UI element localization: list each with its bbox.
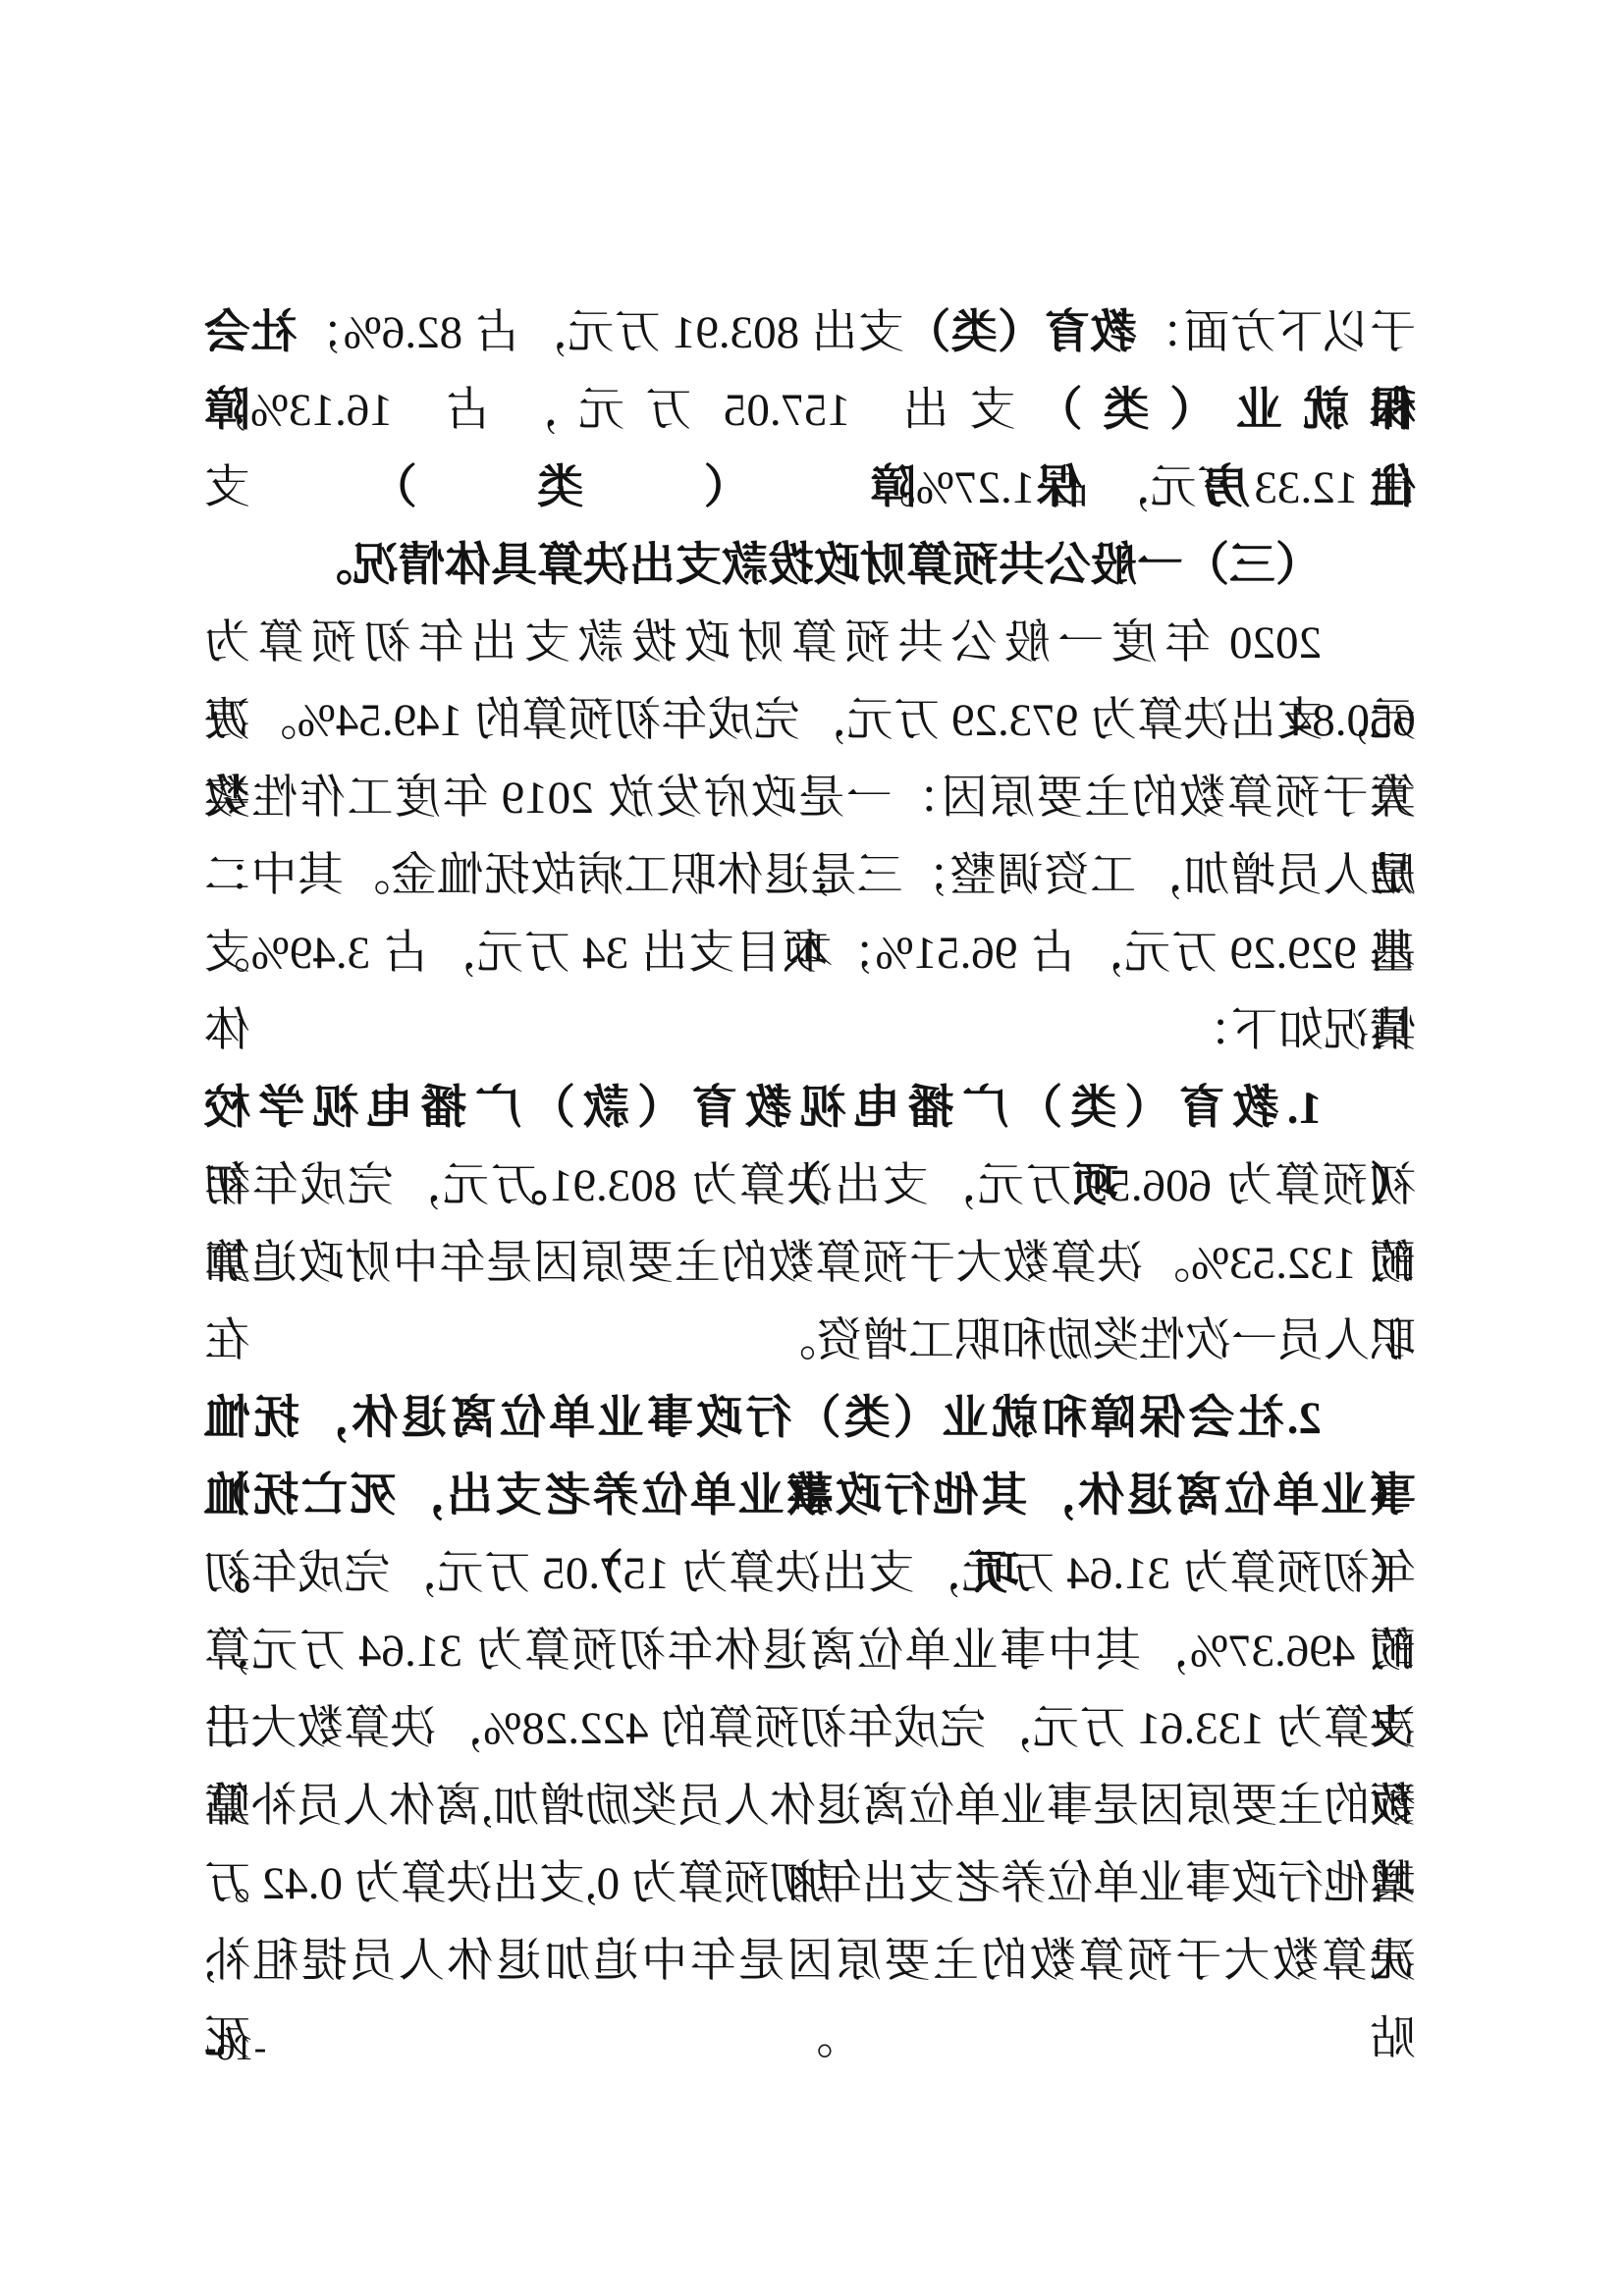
text-run: 教育（类） xyxy=(904,307,1137,358)
text-run: 和就业（类） xyxy=(1016,385,1416,436)
text-line: 决算数大于预算数的主要原因是年中追加退休人员提租补贴。死 xyxy=(204,1923,1416,2001)
text-run: 情况如下： xyxy=(1185,1005,1416,1056)
text-line: 于以下方面：教育（类）支出 803.91 万元，占 82.6%；社会保障 xyxy=(204,294,1416,372)
screenshot-viewport: 于以下方面：教育（类）支出 803.91 万元，占 82.6%；社会保障和就业（… xyxy=(0,0,1624,2296)
document-page: 于以下方面：教育（类）支出 803.91 万元，占 82.6%；社会保障和就业（… xyxy=(0,0,1624,2296)
text-line: 出 929.29 万元，占 96.51%；项目支出 34 万元，占 3.49%。… xyxy=(204,915,1416,992)
text-run: 支出 803.91 万元，占 82.6%； xyxy=(298,307,904,358)
text-line: 初预算为 606.59 万元，支出决算为 803.91 万元，完成年初预算 xyxy=(204,1148,1416,1225)
text-line: 2020 年度一般公共预算财政拨款支出年初预算为 650.84 万 xyxy=(204,605,1416,682)
page-number: -16- xyxy=(204,2024,266,2071)
text-line: 和就业（类）支出 157.05 万元，占 16.13%；住房保障（类）支 xyxy=(204,372,1416,450)
text-line: 数的主要原因是事业单位离退休人员奖励增加,离休人员补贴增加。 xyxy=(204,1768,1416,1845)
text-run: （三）一般公共预算财政拨款支出决算具体情况。 xyxy=(306,540,1322,591)
text-line: 的 496.37%，其中事业单位离退休年初预算为 31.64 万元，支出 xyxy=(204,1613,1416,1690)
text-line: （三）一般公共预算财政拨款支出决算具体情况。 xyxy=(204,527,1416,605)
text-line: 大于预算数的主要原因：一是政府发放 2019 年度工作性奖励；二 xyxy=(204,760,1416,837)
text-line: 元，支出决算为 973.29 万元，完成年初预算的 149.54%。决算数 xyxy=(204,682,1416,760)
text-line: 2.社会保障和就业（类）行政事业单位离退休，抚恤（款） xyxy=(204,1380,1416,1458)
text-line: 的 132.53%。决算数大于预算数的主要原因是年中财政追加了在 xyxy=(204,1225,1416,1303)
text-line: 事业单位离退休，其他行政事业单位养老支出，死亡抚恤（项）。 xyxy=(204,1458,1416,1535)
text-line: 决算为 133.61 万元，完成年初预算的 422.28%，决算数大于预算 xyxy=(204,1690,1416,1768)
text-run: 职人员一次性奖励和职工增资。 xyxy=(770,1315,1416,1366)
text-line: 年初预算为 31.64 万元，支出决算为 157.05 万元，完成年初预算 xyxy=(204,1535,1416,1613)
text-run: 决算数大于预算数的主要原因是年中追加退休人员提租补贴。死 xyxy=(204,1936,1416,2064)
text-run: 支 xyxy=(204,462,250,513)
text-line: 1.教育（类）广播电视教育（款）广播电视学校（项）。年 xyxy=(204,1070,1416,1148)
text-line: 是人员增加，工资调整；三是退休职工病故抚恤金。其中：基本支 xyxy=(204,837,1416,915)
text-run: 支出 157.05 万元，占 16.13%； xyxy=(204,385,1016,436)
text-run: 于以下方面： xyxy=(1137,307,1416,358)
text-run: 出 12.33 万元， 占 1.27%。 xyxy=(870,462,1416,513)
text-line: 其他行政事业单位养老支出年初预算为 0,支出决算为 0.42 万元, xyxy=(204,1845,1416,1923)
text-block: 于以下方面：教育（类）支出 803.91 万元，占 82.6%；社会保障和就业（… xyxy=(204,294,1416,2001)
